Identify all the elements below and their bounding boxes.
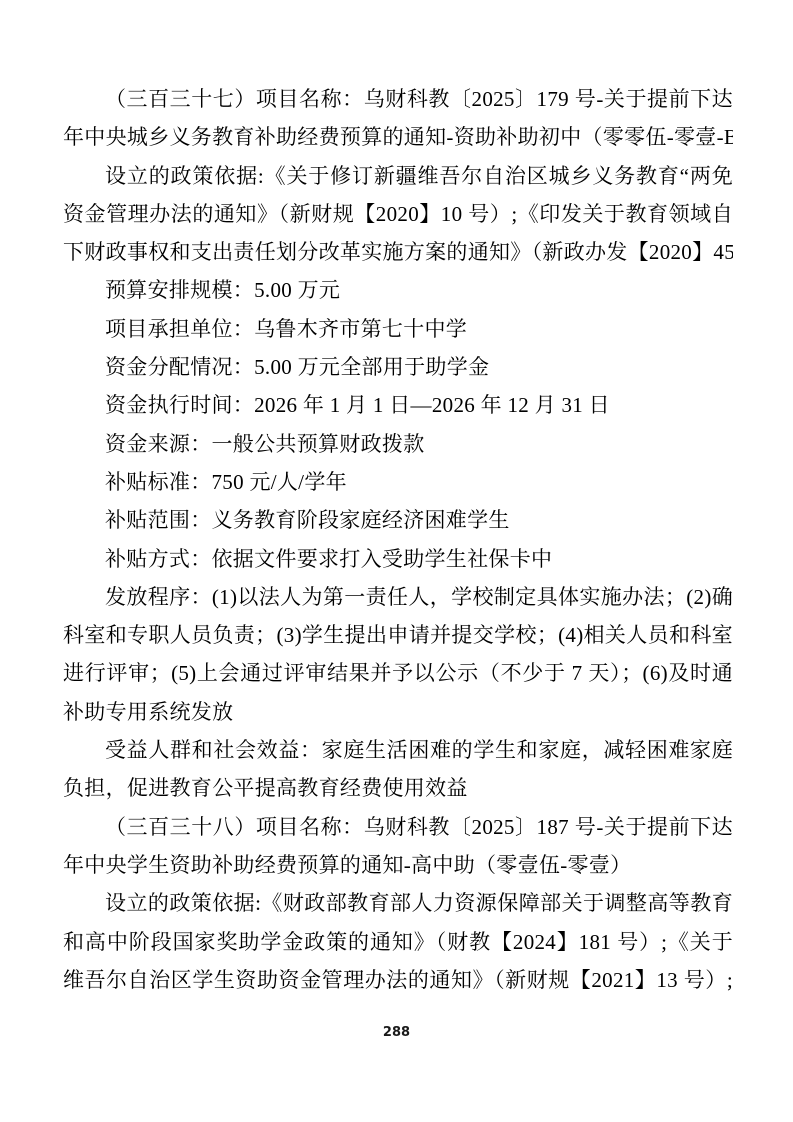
text-line: 设立的政策依据:《关于修订新疆维吾尔自治区城乡义务教育“两免一补”	[63, 157, 733, 195]
text-line: 预算安排规模：5.00 万元	[63, 271, 733, 309]
text-line: 年中央城乡义务教育补助经费预算的通知-资助补助初中（零零伍-零壹-B）	[63, 118, 733, 156]
text-line: （三百三十七）项目名称：乌财科教〔2025〕179 号-关于提前下达 2026	[63, 80, 733, 118]
text-line: 进行评审；(5)上会通过评审结果并予以公示（不少于 7 天）；(6)及时通过财政	[63, 654, 733, 692]
text-line: 补助专用系统发放	[63, 693, 733, 731]
page-footer: 288	[0, 1023, 793, 1041]
text-line: 年中央学生资助补助经费预算的通知-高中助（零壹伍-零壹）	[63, 846, 733, 884]
text-line: 补贴方式：依据文件要求打入受助学生社保卡中	[63, 540, 733, 578]
text-line: 项目承担单位：乌鲁木齐市第七十中学	[63, 310, 733, 348]
text-line: 科室和专职人员负责；(3)学生提出申请并提交学校；(4)相关人员和科室及领导	[63, 616, 733, 654]
text-line: 维吾尔自治区学生资助资金管理办法的通知》（新财规【2021】13 号）;《印发	[63, 961, 733, 999]
text-line: 发放程序：(1)以法人为第一责任人，学校制定具体实施办法；(2)确定专门	[63, 578, 733, 616]
document-body: （三百三十七）项目名称：乌财科教〔2025〕179 号-关于提前下达 2026年…	[63, 80, 733, 999]
text-line: 下财政事权和支出责任划分改革实施方案的通知》（新政办发【2020】45 号）	[63, 233, 733, 271]
text-line: 和高中阶段国家奖助学金政策的通知》（财教【2024】181 号）;《关于印发新疆	[63, 923, 733, 961]
text-line: 资金分配情况：5.00 万元全部用于助学金	[63, 348, 733, 386]
text-line: 设立的政策依据:《财政部教育部人力资源保障部关于调整高等教育阶段	[63, 884, 733, 922]
text-line: 资金来源：一般公共预算财政拨款	[63, 425, 733, 463]
text-line: 资金执行时间：2026 年 1 月 1 日—2026 年 12 月 31 日	[63, 386, 733, 424]
text-line: （三百三十八）项目名称：乌财科教〔2025〕187 号-关于提前下达 2026	[63, 808, 733, 846]
text-line: 受益人群和社会效益：家庭生活困难的学生和家庭，减轻困难家庭的经济	[63, 731, 733, 769]
text-line: 负担，促进教育公平提高教育经费使用效益	[63, 769, 733, 807]
text-line: 补贴范围：义务教育阶段家庭经济困难学生	[63, 501, 733, 539]
text-line: 资金管理办法的通知》（新财规【2020】10 号）;《印发关于教育领域自治区以	[63, 195, 733, 233]
page-number: 288	[383, 1025, 410, 1040]
document-page: （三百三十七）项目名称：乌财科教〔2025〕179 号-关于提前下达 2026年…	[0, 0, 793, 1122]
text-line: 补贴标准：750 元/人/学年	[63, 463, 733, 501]
